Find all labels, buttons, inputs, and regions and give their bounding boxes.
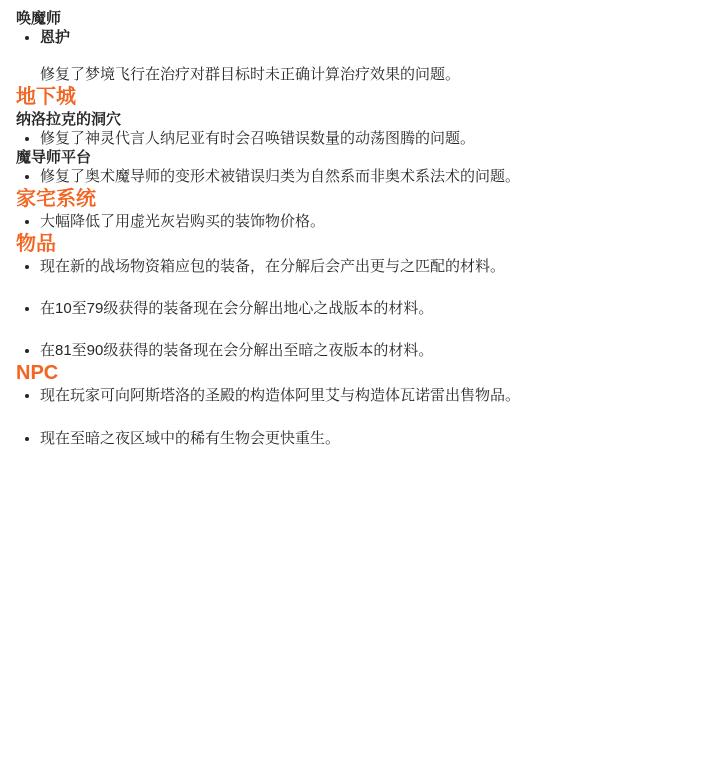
items-note-list: 现在新的战场物资箱应包的装备，在分解后会产出更与之匹配的材料。 在10至79级获… [16, 257, 691, 360]
npc-note-list: 现在玩家可向阿斯塔洛的圣殿的构造体阿里艾与构造体瓦诺雷出售物品。 现在至暗之夜区… [16, 386, 691, 448]
list-item: 修复了神灵代言人纳尼亚有时会召唤错误数量的动荡图腾的问题。 [40, 129, 691, 148]
section-heading-items: 物品 [16, 231, 691, 257]
list-item: 现在玩家可向阿斯塔洛的圣殿的构造体阿里艾与构造体瓦诺雷出售物品。 [40, 386, 691, 405]
list-item: 现在新的战场物资箱应包的装备，在分解后会产出更与之匹配的材料。 [40, 257, 691, 276]
spec-note: 修复了梦境飞行在治疗对群目标时未正确计算治疗效果的问题。 [40, 65, 691, 84]
housing-note-list: 大幅降低了用虚光灰岩购买的装饰物价格。 [16, 212, 691, 231]
patch-notes-page: 唤魔师 恩护 修复了梦境飞行在治疗对群目标时未正确计算治疗效果的问题。 地下城 … [0, 0, 711, 765]
evoker-note-list: 恩护 修复了梦境飞行在治疗对群目标时未正确计算治疗效果的问题。 [16, 28, 691, 84]
magisters-note-list: 修复了奥术魔导师的变形术被错误归类为自然系而非奥术系法术的问题。 [16, 167, 691, 186]
class-subheading-evoker: 唤魔师 [16, 9, 691, 28]
section-heading-housing: 家宅系统 [16, 186, 691, 212]
list-item: 在10至79级获得的装备现在会分解出地心之战版本的材料。 [40, 299, 691, 318]
subheading-magisters-terrace: 魔导师平台 [16, 148, 691, 167]
list-item: 恩护 修复了梦境飞行在治疗对群目标时未正确计算治疗效果的问题。 [40, 28, 691, 84]
spec-name-preservation: 恩护 [40, 29, 70, 46]
section-heading-npc: NPC [16, 360, 691, 386]
nalorakk-note-list: 修复了神灵代言人纳尼亚有时会召唤错误数量的动荡图腾的问题。 [16, 129, 691, 148]
list-item: 现在至暗之夜区域中的稀有生物会更快重生。 [40, 429, 691, 448]
section-heading-dungeons: 地下城 [16, 84, 691, 110]
list-item: 在81至90级获得的装备现在会分解出至暗之夜版本的材料。 [40, 341, 691, 360]
list-item: 修复了奥术魔导师的变形术被错误归类为自然系而非奥术系法术的问题。 [40, 167, 691, 186]
list-item: 大幅降低了用虚光灰岩购买的装饰物价格。 [40, 212, 691, 231]
subheading-nalorakk-cavern: 纳洛拉克的洞穴 [16, 110, 691, 129]
